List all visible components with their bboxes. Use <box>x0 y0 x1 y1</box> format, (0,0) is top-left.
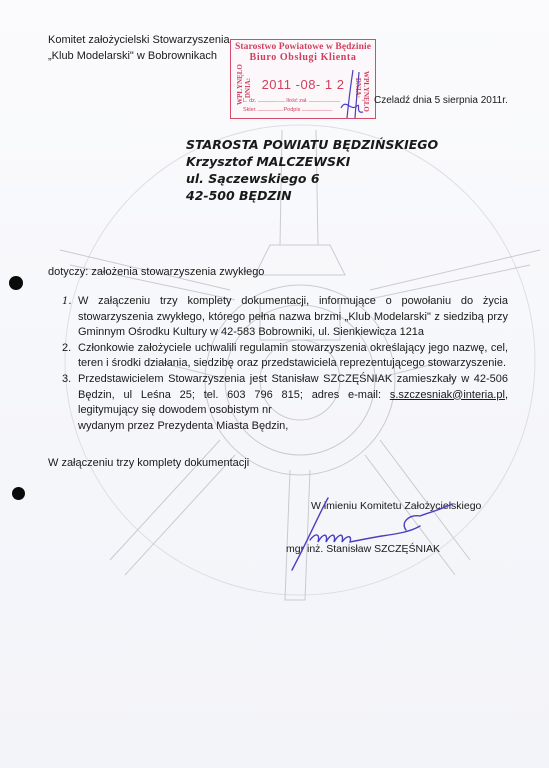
place-and-date: Czeladź dnia 5 sierpnia 2011r. <box>374 95 508 106</box>
email-link[interactable]: s.szczesniak@interia.pl <box>390 389 505 401</box>
sender-line-1: Komitet założycielski Stowarzyszenia <box>48 32 230 48</box>
list-item-number: 2. <box>62 341 71 357</box>
closing-line: W załączeniu trzy komplety dokumentacji <box>48 457 249 469</box>
stamp-initials-icon <box>331 68 371 120</box>
list-item: 2. Członkowie założyciele uchwalili regu… <box>62 341 508 372</box>
list-item-number: 1. <box>62 294 72 310</box>
subject-line: dotyczy: założenia stowarzyszenia zwykłe… <box>48 266 264 278</box>
sender-line-2: „Klub Modelarski" w Bobrownikach <box>48 48 230 64</box>
recipient-name: Krzysztof MALCZEWSKI <box>186 153 438 170</box>
stamp-field-ilosc: Ilość zał. <box>286 98 307 104</box>
punch-hole-icon <box>12 487 25 500</box>
stamp-field-podpis: Podpis <box>284 107 301 113</box>
punch-hole-icon <box>9 276 23 290</box>
recipient-city: 42-500 BĘDZIN <box>186 187 438 204</box>
recipient-title: STAROSTA POWIATU BĘDZIŃSKIEGO <box>186 136 438 153</box>
list-item-text-last: wydanym przez Prezydenta Miasta Będzin, <box>78 420 288 432</box>
list-item-number: 3. <box>62 372 71 388</box>
stamp-field-skler: Skler. <box>243 107 257 113</box>
list-item: 3. Przedstawicielem Stowarzyszenia jest … <box>62 372 508 434</box>
recipient-street: ul. Sączewskiego 6 <box>186 170 438 187</box>
numbered-list: 1. W załączeniu trzy komplety dokumentac… <box>62 294 508 434</box>
document-page: Komitet założycielski Stowarzyszenia „Kl… <box>0 0 549 768</box>
signer-name: mgr inż. Stanisław SZCZĘŚNIAK <box>286 543 440 555</box>
stamp-field-ldz: L. dz. <box>243 98 256 104</box>
received-stamp: Starostwo Powiatowe w Będzinie Biuro Obs… <box>230 39 376 119</box>
list-item-text: W załączeniu trzy komplety dokumentacji,… <box>78 295 508 338</box>
list-item-text: Członkowie założyciele uchwalili regulam… <box>78 342 508 370</box>
stamp-office: Starostwo Powiatowe w Będzinie <box>231 42 375 52</box>
sender-block: Komitet założycielski Stowarzyszenia „Kl… <box>48 32 230 64</box>
stamp-department: Biuro Obsługi Klienta <box>231 52 375 63</box>
recipient-block: STAROSTA POWIATU BĘDZIŃSKIEGO Krzysztof … <box>186 136 438 204</box>
list-item: 1. W załączeniu trzy komplety dokumentac… <box>62 294 508 341</box>
signoff-line: W imieniu Komitetu Założycielskiego <box>311 500 481 512</box>
